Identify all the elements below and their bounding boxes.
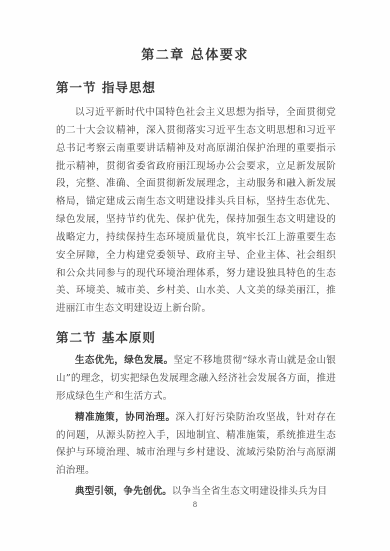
- chapter-title: 第二章 总体要求: [0, 0, 390, 64]
- paragraph: 生态优先，绿色发展。坚定不移地贯彻“绿水青山就是金山银山”的理念，切实把绿色发展…: [56, 352, 336, 406]
- paragraph: 典型引领，争先创优。以争当全省生态文明建设排头兵为目: [56, 483, 336, 501]
- paragraph-bold-lead: 典型引领，争先创优。: [75, 486, 172, 497]
- page-number: 8: [0, 501, 390, 509]
- section-basic-principles: 第二节 基本原则 生态优先，绿色发展。坚定不移地贯彻“绿水青山就是金山银山”的理…: [56, 331, 336, 501]
- paragraph-bold-lead: 生态优先，绿色发展。: [75, 355, 173, 366]
- paragraph-text: 以争当全省生态文明建设排头兵为目: [172, 486, 327, 497]
- page-content: 第一节 指导思想 以习近平新时代中国特色社会主义思想为指导，全面贯彻党的二十大会…: [56, 81, 336, 501]
- paragraph: 以习近平新时代中国特色社会主义思想为指导，全面贯彻党的二十大会议精神，深入贯彻落…: [56, 104, 336, 318]
- document-page: 第二章 总体要求 第一节 指导思想 以习近平新时代中国特色社会主义思想为指导，全…: [0, 0, 390, 551]
- section-heading-basic-principles: 第二节 基本原则: [56, 331, 336, 345]
- section-heading-guiding-ideology: 第一节 指导思想: [56, 81, 336, 95]
- paragraph-text: 以习近平新时代中国特色社会主义思想为指导，全面贯彻党的二十大会议精神，深入贯彻落…: [56, 107, 336, 314]
- paragraph-bold-lead: 精准施策，协同治理。: [75, 412, 176, 423]
- paragraph: 精准施策，协同治理。深入打好污染防治攻坚战，针对存在的问题，从源头防控入手，因地…: [56, 409, 336, 480]
- section-guiding-ideology: 第一节 指导思想 以习近平新时代中国特色社会主义思想为指导，全面贯彻党的二十大会…: [56, 81, 336, 318]
